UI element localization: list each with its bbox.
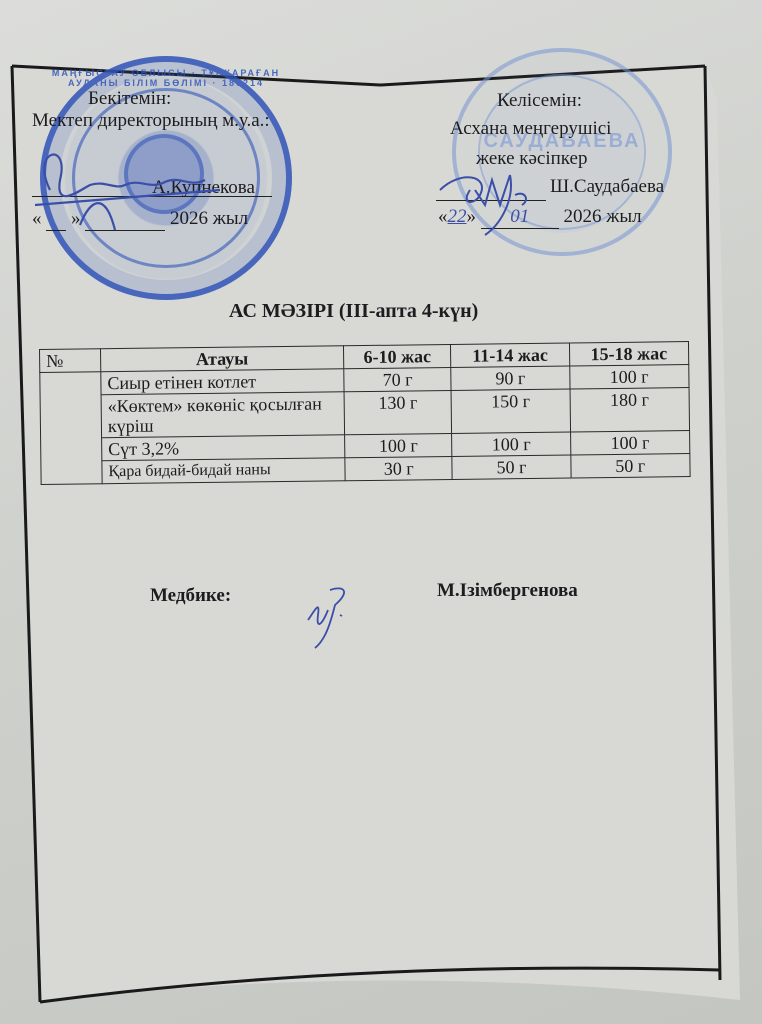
agreer-position-line1: Асхана меңгерушісі <box>450 118 611 140</box>
agreer-name: Ш.Саудабаева <box>550 176 664 198</box>
nurse-label: Медбике: <box>150 585 231 607</box>
document-title: АС МӘЗІРІ (ІІІ-апта 4-күн) <box>229 300 478 323</box>
approve-heading: Бекітемін: <box>88 88 171 110</box>
stamp-left-text: МАҢҒЫСТАУ ОБЛЫСЫ · ТҰПҚАРАҒАН АУДАНЫ БІЛ… <box>46 68 286 88</box>
portion-11-14: 150 г <box>451 389 570 433</box>
menu-table: № Атауы 6-10 жас 11-14 жас 15-18 жас Сиы… <box>39 341 691 485</box>
header-age-6-10: 6-10 жас <box>343 344 451 368</box>
nurse-name: М.Ізімбергенова <box>437 580 578 602</box>
signature-canteen-head <box>430 160 560 240</box>
portion-15-18: 100 г <box>569 365 689 389</box>
approver-position: Мектеп директорының м.у.а.: <box>32 110 270 132</box>
portion-6-10: 30 г <box>345 456 453 480</box>
header-number: № <box>40 349 101 373</box>
portion-15-18: 180 г <box>570 388 690 432</box>
portion-6-10: 70 г <box>344 367 452 391</box>
portion-11-14: 90 г <box>451 366 569 390</box>
signature-director <box>20 130 260 240</box>
portion-15-18: 50 г <box>570 454 690 478</box>
dish-name: Қара бидай-бидай наны <box>102 458 345 484</box>
portion-11-14: 100 г <box>452 432 570 456</box>
portion-6-10: 100 г <box>345 433 453 457</box>
agree-heading: Келісемін: <box>497 90 582 112</box>
header-name: Атауы <box>101 346 344 372</box>
header-age-11-14: 11-14 жас <box>451 343 569 367</box>
dish-name: Сүт 3,2% <box>102 435 345 461</box>
header-age-15-18: 15-18 жас <box>569 342 689 366</box>
dish-name: «Көктем» көкөніс қосылған күріш <box>101 392 345 438</box>
signature-nurse <box>300 580 360 655</box>
agree-year-right: 2026 жыл <box>564 206 642 227</box>
row-number-cell <box>40 372 102 485</box>
portion-15-18: 100 г <box>570 431 690 455</box>
portion-11-14: 50 г <box>452 455 570 479</box>
dish-name: Сиыр етінен котлет <box>101 369 344 395</box>
portion-6-10: 130 г <box>344 390 452 434</box>
